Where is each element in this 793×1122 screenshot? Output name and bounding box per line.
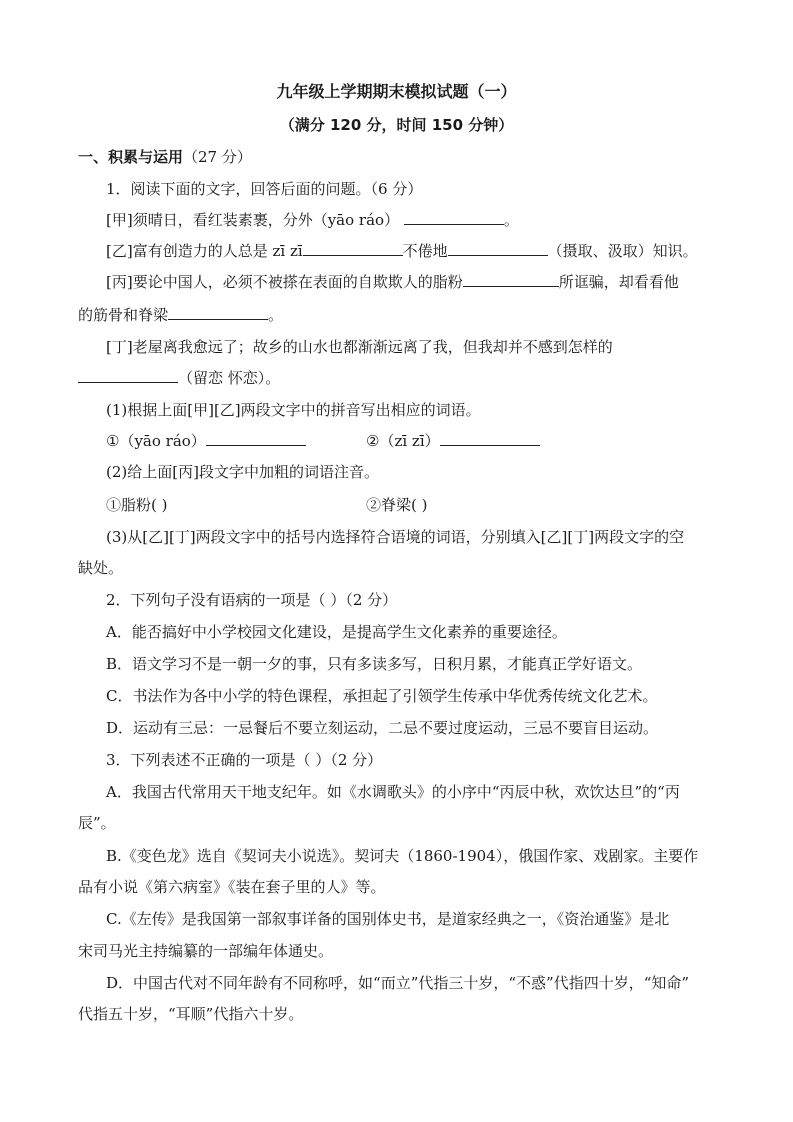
section-title: 一、积累与运用	[78, 148, 183, 166]
q3-option-d-cont: 代指五十岁，“耳顺”代指六十岁。	[78, 1004, 718, 1024]
sub1-item2: ②（zī zī）	[366, 432, 440, 450]
exam-page: 九年级上学期期末模拟试题（一） （满分 120 分，时间 150 分钟） 一、积…	[0, 0, 793, 1122]
sub2-item1: ①脂粉( )	[106, 495, 366, 515]
q1-sub2: (2)给上面[丙]段文字中加粗的词语注音。	[106, 462, 746, 482]
q1-ding: [丁]老屋离我愈远了；故乡的山水也都渐渐远离了我，但我却并不感到怎样的	[106, 337, 746, 357]
bing-mid: 所诓骗，却看看他	[559, 273, 679, 291]
q1-stem: 1．阅读下面的文字，回答后面的问题。（6 分）	[106, 179, 746, 199]
q3-option-b-cont: 品有小说《第六病室》《装在套子里的人》等。	[78, 877, 718, 897]
answer-blank[interactable]	[448, 241, 548, 256]
q1-sub3: (3)从[乙][丁]两段文字中的括号内选择符合语境的词语，分别填入[乙][丁]两…	[106, 527, 746, 547]
sub2-item2: ②脊梁( )	[366, 496, 427, 514]
q3-option-d: D．中国古代对不同年龄有不同称呼，如“而立”代指三十岁，“不惑”代指四十岁，“知…	[106, 973, 746, 993]
yi-text: [乙]富有创造力的人总是 zī zī	[106, 242, 303, 260]
answer-blank[interactable]	[78, 368, 178, 383]
answer-blank[interactable]	[404, 210, 504, 225]
q3-option-a: A．我国古代常用天干地支纪年。如《水调歌头》的小序中“丙辰中秋，欢饮达旦”的“丙	[106, 782, 746, 802]
q1-sub3-cont: 缺处。	[78, 558, 718, 578]
exam-subtitle: （满分 120 分，时间 150 分钟）	[0, 115, 793, 135]
q3-option-b: B.《变色龙》选自《契诃夫小说选》。契诃夫（1860-1904），俄国作家、戏剧…	[106, 846, 746, 866]
yi-end: （摄取、汲取）知识。	[548, 242, 698, 260]
q1-bing: [丙]要论中国人，必须不被搽在表面的自欺欺人的脂粉所诓骗，却看看他	[106, 272, 746, 292]
answer-blank[interactable]	[206, 431, 306, 446]
yi-mid: 不倦地	[403, 242, 448, 260]
q1-sub1: (1)根据上面[甲][乙]两段文字中的拼音写出相应的词语。	[106, 400, 746, 420]
bing-end: 。	[268, 306, 283, 324]
answer-blank[interactable]	[303, 241, 403, 256]
q3-option-c: C.《左传》是我国第一部叙事详备的国别体史书，是道家经典之一，《资治通鉴》是北	[106, 909, 746, 929]
q1-yi: [乙]富有创造力的人总是 zī zī不倦地（摄取、汲取）知识。	[106, 241, 746, 261]
section-score: （27 分）	[183, 148, 252, 166]
q1-jia: [甲]须晴日，看红装素裹，分外（yāo ráo） 。	[106, 210, 746, 230]
sub1-item1: ①（yāo ráo）	[106, 432, 206, 450]
jia-text: [甲]须晴日，看红装素裹，分外（yāo ráo）	[106, 211, 399, 229]
jia-end: 。	[504, 211, 519, 229]
answer-blank[interactable]	[168, 305, 268, 320]
q2-stem: 2．下列句子没有语病的一项是（ ）（2 分）	[106, 590, 746, 610]
q3-option-a-cont: 辰”。	[78, 813, 718, 833]
exam-title: 九年级上学期期末模拟试题（一）	[0, 82, 793, 102]
answer-blank[interactable]	[463, 272, 559, 287]
q2-option-c: C．书法作为各中小学的特色课程，承担起了引领学生传承中华优秀传统文化艺术。	[106, 686, 746, 706]
bing-cont-text: 的筋骨和脊梁	[78, 306, 168, 324]
q3-stem: 3．下列表述不正确的一项是（ ）（2 分）	[106, 750, 746, 770]
section-heading: 一、积累与运用（27 分）	[78, 147, 718, 167]
q2-option-b: B．语文学习不是一朝一夕的事，只有多读多写，日积月累，才能真正学好语文。	[106, 654, 746, 674]
q2-option-a: A．能否搞好中小学校园文化建设，是提高学生文化素养的重要途径。	[106, 622, 746, 642]
answer-blank[interactable]	[440, 431, 540, 446]
ding-options: （留恋 怀恋）。	[178, 369, 280, 387]
q1-sub1-items: ①（yāo ráo） ②（zī zī）	[106, 431, 746, 451]
q2-option-d: D．运动有三忌：一忌餐后不要立刻运动，二忌不要过度运动，三忌不要盲目运动。	[106, 718, 746, 738]
bing-text: [丙]要论中国人，必须不被搽在表面的自欺欺人的脂粉	[106, 273, 463, 291]
q3-option-c-cont: 宋司马光主持编纂的一部编年体通史。	[78, 941, 718, 961]
q1-ding-cont: （留恋 怀恋）。	[78, 368, 718, 388]
q1-sub2-items: ①脂粉( )②脊梁( )	[106, 495, 746, 515]
q1-bing-cont: 的筋骨和脊梁。	[78, 305, 718, 325]
